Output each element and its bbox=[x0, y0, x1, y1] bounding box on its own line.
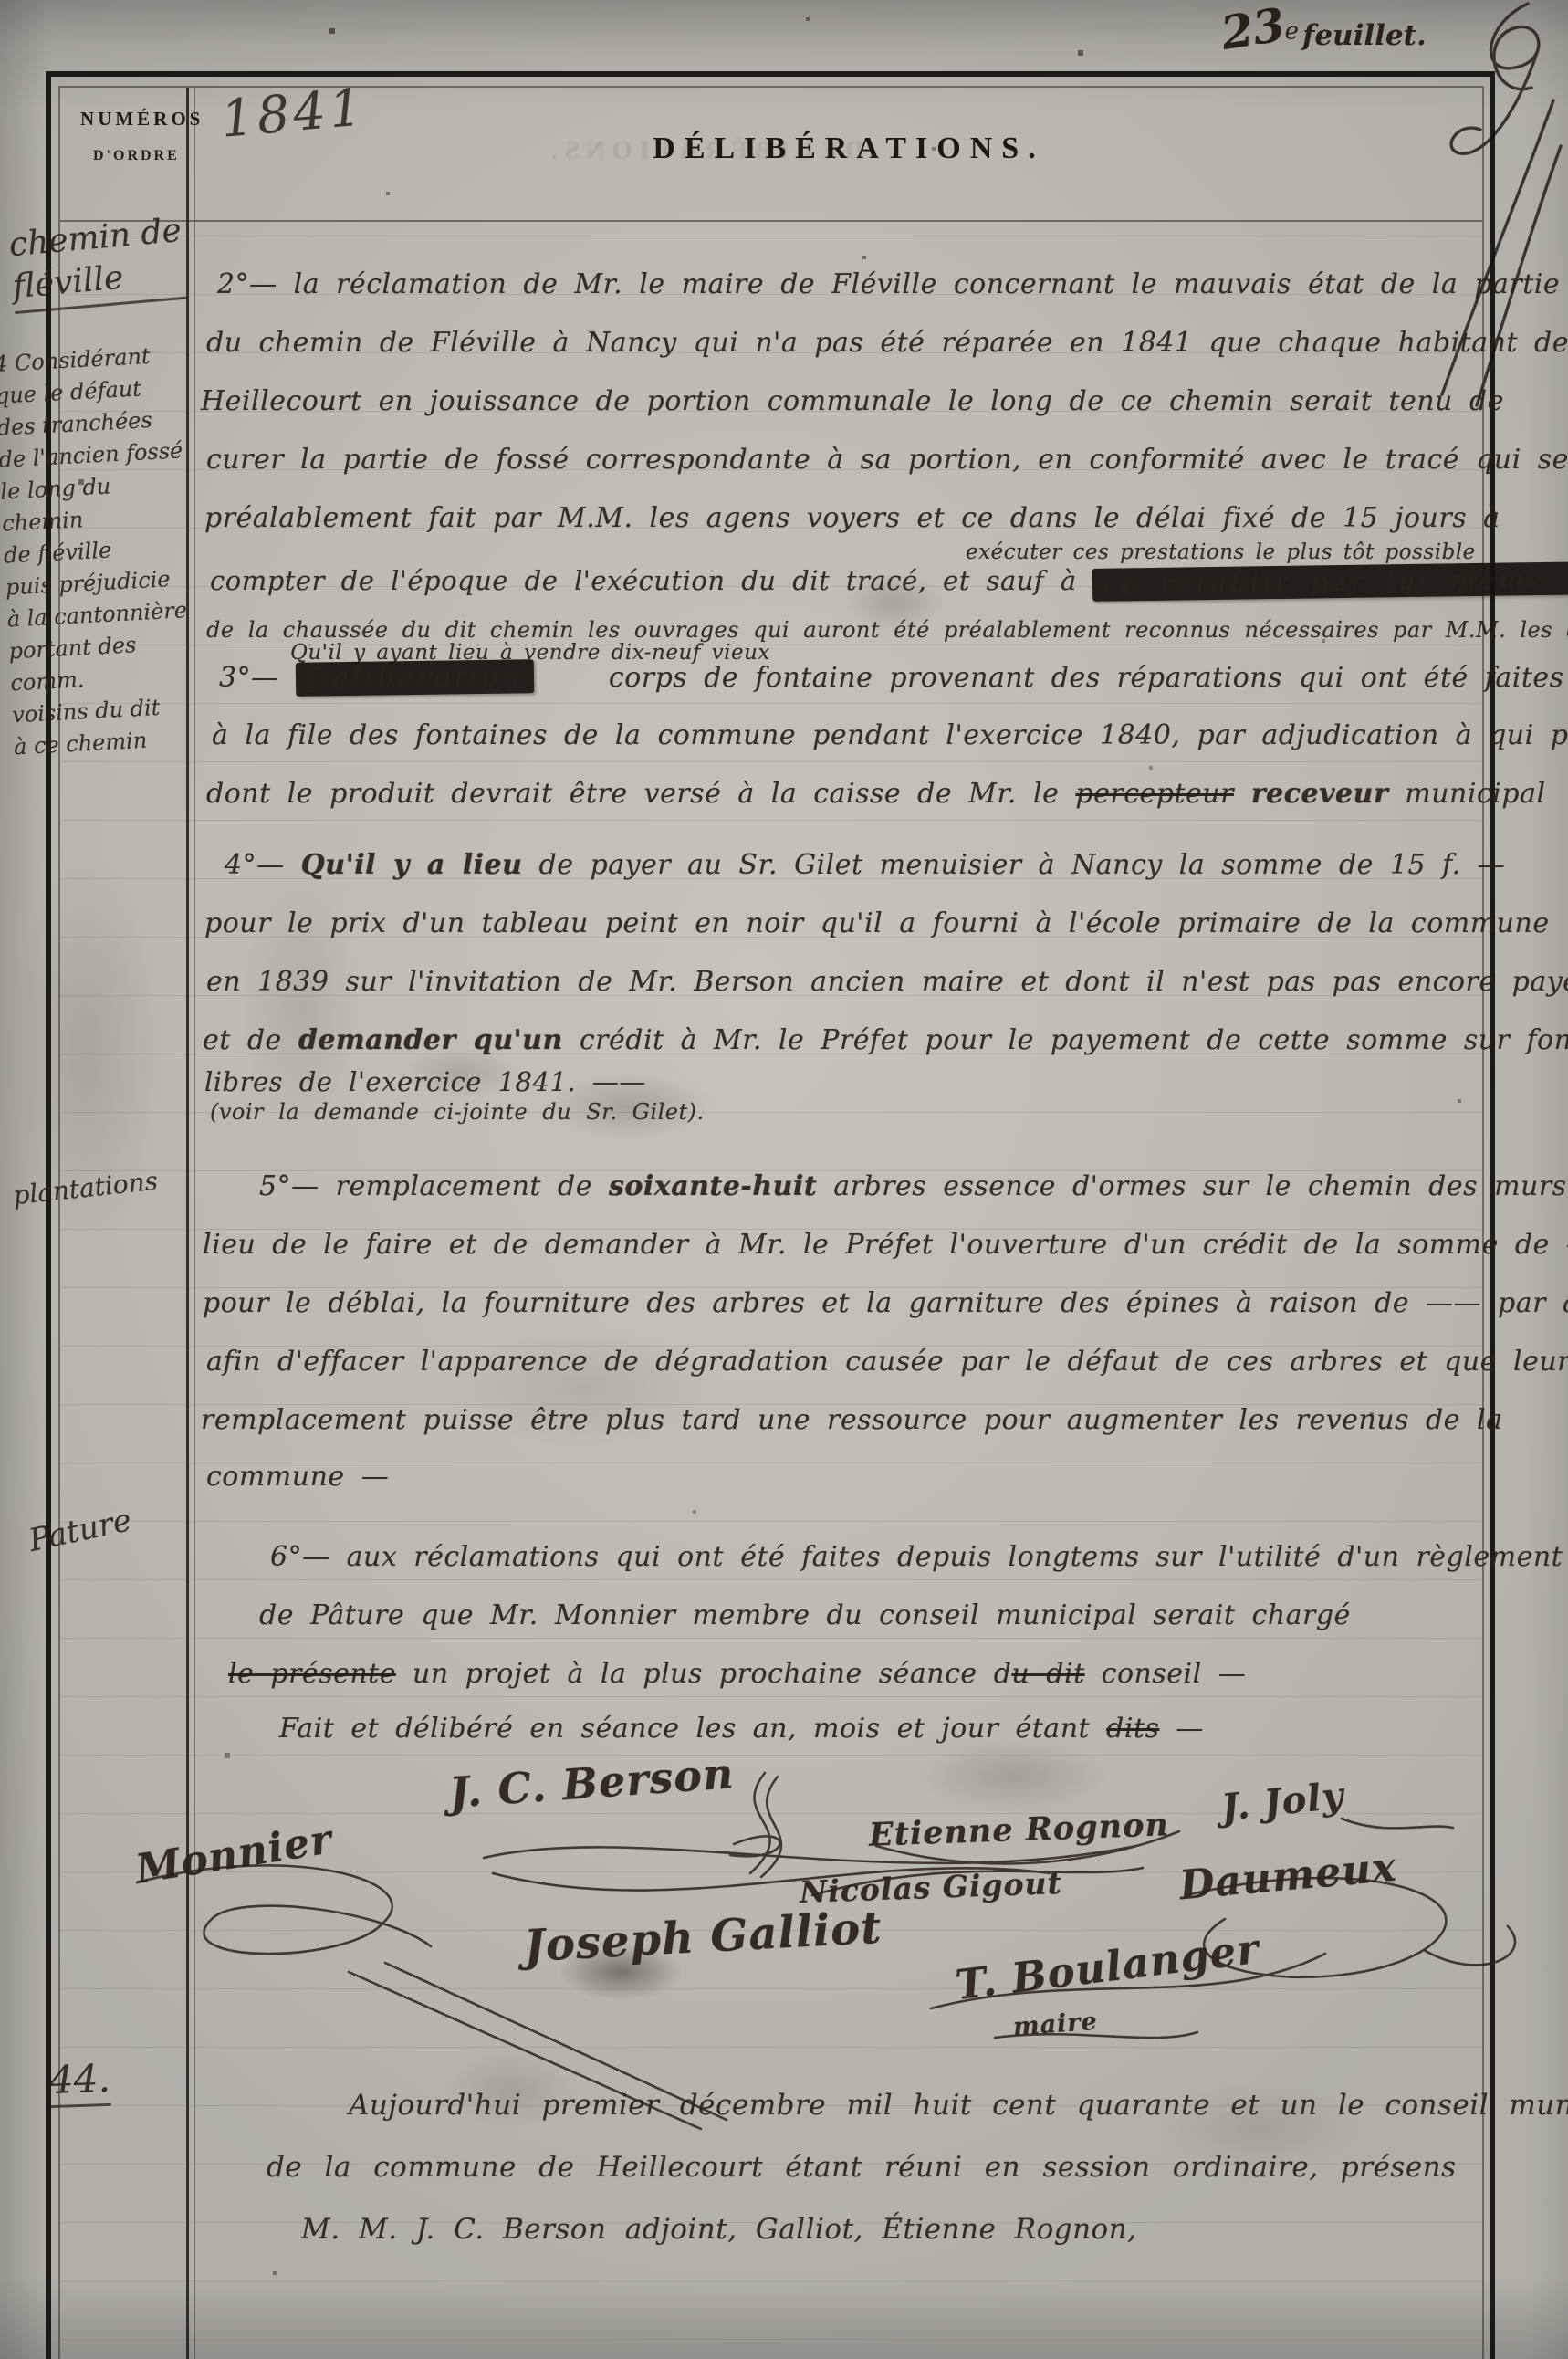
text-segment: afin d'effacer l'apparence de dégradatio… bbox=[206, 1346, 1568, 1378]
text-segment: curer la partie de fossé correspondante … bbox=[206, 444, 1568, 476]
text-segment: et de bbox=[203, 1024, 298, 1056]
text-segment: 4°— bbox=[225, 849, 301, 881]
signature-maire: maire bbox=[1012, 2008, 1099, 2041]
text-segment: remplacement puisse être plus tard une r… bbox=[201, 1404, 1502, 1436]
page: 23efeuillet. NUMÉROS D'ORDRE DÉLIBÉRATIO… bbox=[0, 0, 1568, 2359]
text-segment: Heillecourt en jouissance de portion com… bbox=[201, 385, 1504, 417]
folio-ordinal: 23 bbox=[1218, 0, 1289, 60]
text-segment: du chemin de Fléville à Nancy qui n'a pa… bbox=[206, 327, 1568, 359]
margin-note-item-number-44: 44. bbox=[48, 2057, 111, 2108]
text-segment: pour le prix d'un tableau peint en noir … bbox=[204, 907, 1550, 939]
text-segment: — bbox=[1159, 1713, 1204, 1745]
text-segment-blot: Délibération bbox=[295, 659, 534, 697]
body-line-19: 5°— remplacement de soixante-huit arbres… bbox=[259, 1170, 1568, 1202]
text-segment-heavy: receveur bbox=[1234, 778, 1388, 810]
body-line-22: afin d'effacer l'apparence de dégradatio… bbox=[206, 1346, 1568, 1378]
text-segment: compter de l'époque de l'exécution du di… bbox=[210, 565, 1092, 596]
text-segment: de payer au Sr. Gilet menuisier à Nancy … bbox=[522, 849, 1505, 881]
text-segment: conseil — bbox=[1085, 1658, 1247, 1690]
body-line-29: Aujourd'hui premier décembre mil huit ce… bbox=[349, 2089, 1568, 2122]
body-line-1: 2°— la réclamation de Mr. le maire de Fl… bbox=[217, 268, 1560, 300]
body-line-13: 4°— Qu'il y a lieu de payer au Sr. Gilet… bbox=[225, 849, 1505, 881]
header-numeros-label: NUMÉROS bbox=[80, 108, 204, 131]
text-segment: préalablement fait par M.M. les agens vo… bbox=[204, 502, 1500, 534]
body-line-11: à la file des fontaines de la commune pe… bbox=[212, 719, 1568, 751]
body-line-15: en 1839 sur l'invitation de Mr. Berson a… bbox=[206, 966, 1568, 998]
body-line-26: de Pâture que Mr. Monnier membre du cons… bbox=[259, 1599, 1351, 1631]
body-line-16: et de demander qu'un crédit à Mr. le Pré… bbox=[203, 1024, 1568, 1056]
text-segment: libres de l'exercice 1841. —— bbox=[204, 1066, 646, 1097]
body-line-28: Fait et délibéré en séance les an, mois … bbox=[279, 1713, 1204, 1745]
body-line-31: M. M. J. C. Berson adjoint, Galliot, Éti… bbox=[301, 2213, 1137, 2246]
text-segment: pour le déblai, la fourniture des arbres… bbox=[203, 1287, 1568, 1319]
text-segment-heavy: demander qu'un bbox=[298, 1024, 563, 1056]
body-line-3: Heillecourt en jouissance de portion com… bbox=[201, 385, 1504, 417]
text-segment: à la file des fontaines de la commune pe… bbox=[212, 719, 1568, 751]
text-segment-heavy: Qu'il y a lieu bbox=[301, 849, 523, 881]
margin-note-chemin-de-fleville: chemin defléville bbox=[7, 210, 187, 314]
body-line-6: exécuter ces prestations le plus tôt pos… bbox=[966, 540, 1476, 564]
margin-note-line: le long du chemin bbox=[0, 466, 199, 540]
text-segment: exécuter ces prestations le plus tôt pos… bbox=[966, 540, 1476, 564]
text-segment: 3°— bbox=[219, 662, 296, 694]
text-segment: 6°— aux réclamations qui ont été faites … bbox=[270, 1541, 1563, 1573]
text-segment: en 1839 sur l'invitation de Mr. Berson a… bbox=[206, 966, 1568, 998]
text-segment-blot: ce rétablir par lui même le mieux bbox=[1092, 560, 1568, 602]
text-segment: dont le produit devrait être versé à la … bbox=[206, 778, 1075, 810]
body-line-20: lieu de le faire et de demander à Mr. le… bbox=[203, 1229, 1568, 1261]
text-segment-gap bbox=[534, 662, 550, 694]
text-segment-strike: u dit bbox=[1011, 1658, 1084, 1690]
header-dordre-label: D'ORDRE bbox=[93, 148, 180, 164]
text-segment: 5°— remplacement de bbox=[259, 1170, 609, 1202]
body-line-24: commune — bbox=[206, 1461, 389, 1493]
text-segment: commune — bbox=[206, 1461, 389, 1493]
text-segment: lieu de le faire et de demander à Mr. le… bbox=[203, 1229, 1568, 1261]
text-segment: municipal bbox=[1388, 778, 1545, 810]
page-frame-inner bbox=[58, 86, 1484, 2359]
body-line-30: de la commune de Heillecourt étant réuni… bbox=[267, 2151, 1457, 2184]
folio-word: feuillet. bbox=[1302, 19, 1427, 52]
body-line-21: pour le déblai, la fourniture des arbres… bbox=[203, 1287, 1568, 1319]
year-annotation: 1841 bbox=[218, 78, 368, 150]
text-segment: un projet à la plus prochaine séance d bbox=[396, 1658, 1011, 1690]
body-line-7: compter de l'époque de l'exécution du di… bbox=[210, 564, 1568, 597]
text-segment: de la commune de Heillecourt étant réuni… bbox=[267, 2151, 1457, 2184]
body-line-12: dont le produit devrait être versé à la … bbox=[206, 778, 1546, 810]
body-line-23: remplacement puisse être plus tard une r… bbox=[201, 1404, 1502, 1436]
text-segment: 2°— la réclamation de Mr. le maire de Fl… bbox=[217, 268, 1560, 300]
text-segment-strike: percepteur bbox=[1075, 778, 1234, 810]
folio-label: 23efeuillet. bbox=[1221, 2, 1427, 56]
text-segment: Fait et délibéré en séance les an, mois … bbox=[279, 1713, 1106, 1745]
text-segment-strike: dits bbox=[1106, 1713, 1159, 1745]
text-segment: (voir la demande ci-jointe du Sr. Gilet)… bbox=[210, 1099, 705, 1125]
body-line-18: (voir la demande ci-jointe du Sr. Gilet)… bbox=[210, 1099, 705, 1125]
margin-note-note-considerant: 4 Considérantque le défautdes tranchéesd… bbox=[0, 339, 211, 764]
body-line-5: préalablement fait par M.M. les agens vo… bbox=[204, 502, 1500, 534]
body-line-4: curer la partie de fossé correspondante … bbox=[206, 444, 1568, 476]
body-line-14: pour le prix d'un tableau peint en noir … bbox=[204, 907, 1550, 939]
margin-note-line: portant des comm. bbox=[8, 625, 207, 699]
body-line-8: de la chaussée du dit chemin les ouvrage… bbox=[206, 617, 1568, 643]
body-line-10: 3°— Délibération corps de fontaine prove… bbox=[219, 661, 1564, 695]
text-segment: crédit à Mr. le Préfet pour le payement … bbox=[563, 1024, 1568, 1056]
text-segment: Aujourd'hui premier décembre mil huit ce… bbox=[349, 2089, 1568, 2122]
text-segment-strike: le présente bbox=[228, 1658, 396, 1690]
ink-specks bbox=[0, 0, 2, 2]
header-separator bbox=[60, 220, 1482, 222]
text-segment: de la chaussée du dit chemin les ouvrage… bbox=[206, 617, 1568, 643]
body-line-27: le présente un projet à la plus prochain… bbox=[228, 1658, 1246, 1690]
column-rule-secondary bbox=[194, 88, 195, 2359]
page-title: DÉLIBÉRATIONS. bbox=[653, 131, 1044, 166]
body-line-2: du chemin de Fléville à Nancy qui n'a pa… bbox=[206, 327, 1568, 359]
text-segment-heavy: soixante-huit bbox=[609, 1170, 817, 1202]
text-segment: corps de fontaine provenant des réparati… bbox=[609, 662, 1564, 694]
text-segment: M. M. J. C. Berson adjoint, Galliot, Éti… bbox=[301, 2213, 1137, 2246]
body-line-17: libres de l'exercice 1841. —— bbox=[204, 1066, 646, 1097]
body-line-25: 6°— aux réclamations qui ont été faites … bbox=[270, 1541, 1563, 1573]
text-segment: arbres essence d'ormes sur le chemin des… bbox=[817, 1170, 1568, 1202]
text-segment: de Pâture que Mr. Monnier membre du cons… bbox=[259, 1599, 1351, 1631]
margin-note-line: 44. bbox=[48, 2057, 110, 2102]
